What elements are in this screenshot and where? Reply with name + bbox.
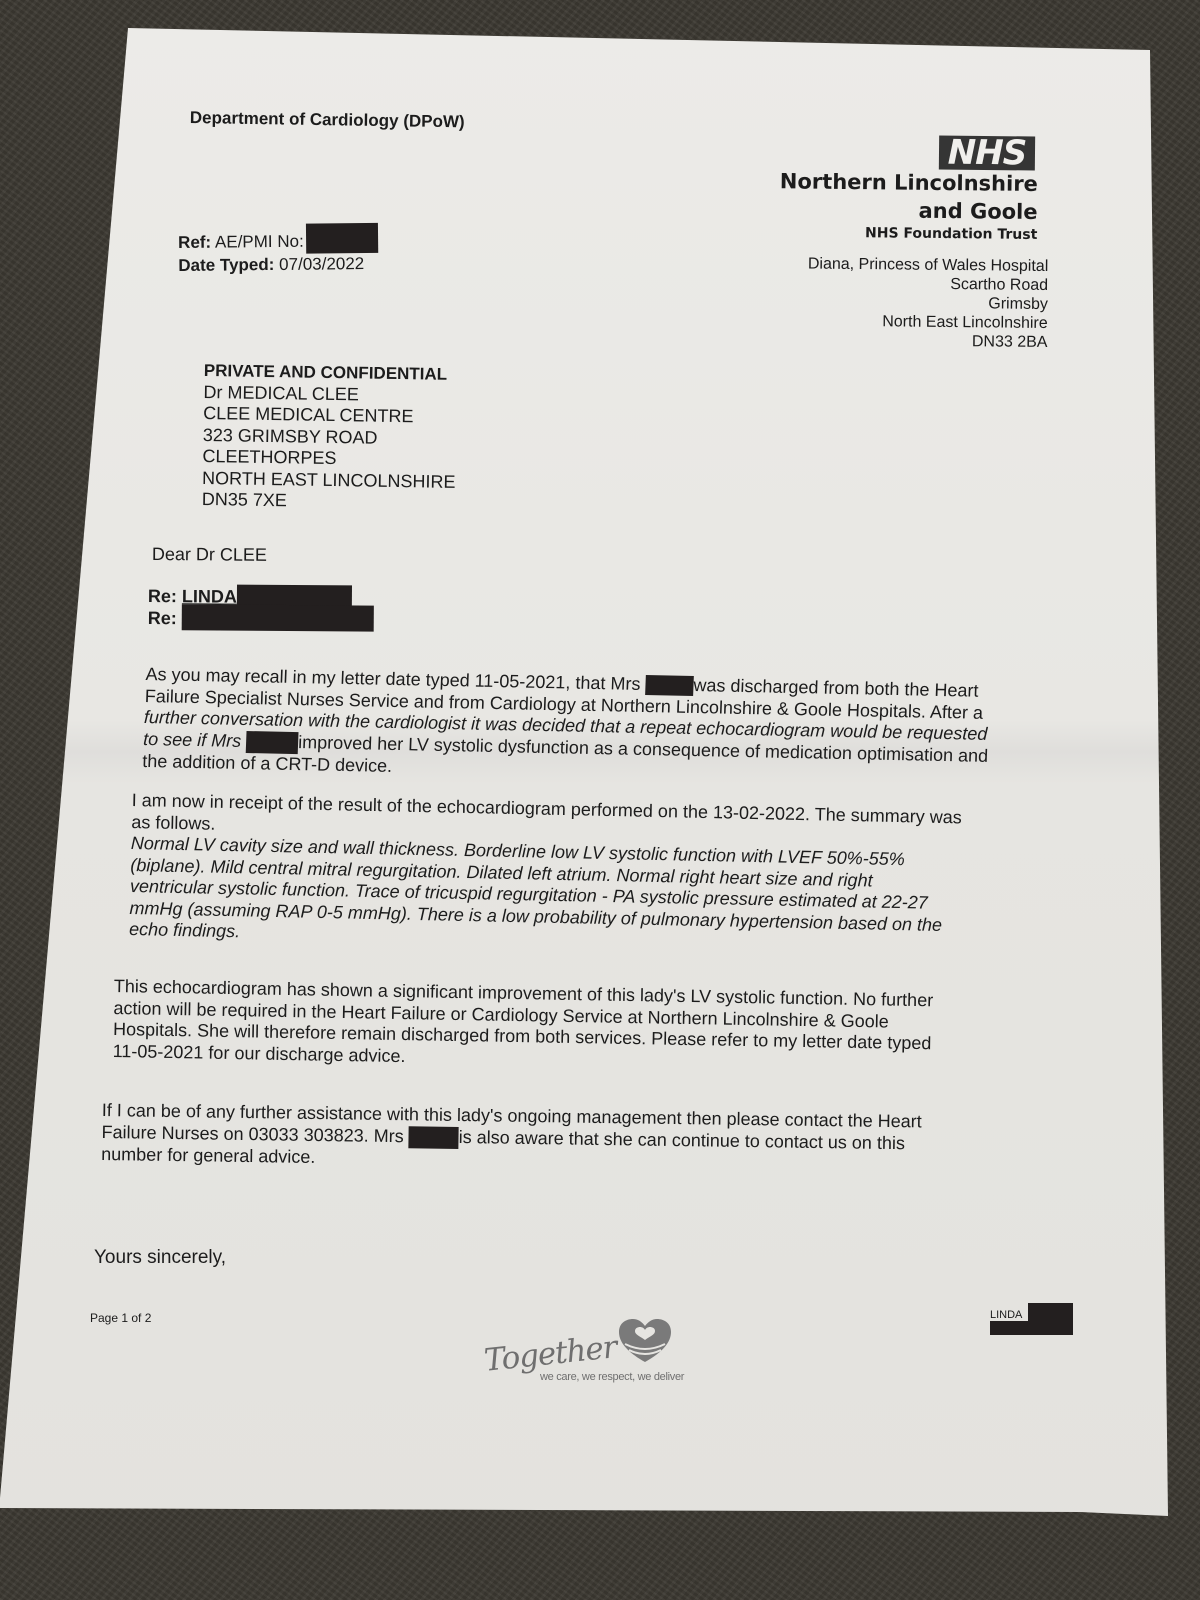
footer-name-text: LINDA bbox=[990, 1309, 1022, 1321]
hospital-address: Diana, Princess of Wales Hospital Scarth… bbox=[807, 254, 1048, 352]
paragraph-2-echo-result: I am now in receipt of the result of the… bbox=[129, 790, 1052, 960]
redaction-patient-name bbox=[645, 675, 694, 696]
trust-subtitle: NHS Foundation Trust bbox=[779, 221, 1037, 246]
trust-name-line1: Northern Lincolnshire bbox=[780, 167, 1038, 199]
closing: Yours sincerely, bbox=[94, 1247, 226, 1269]
paragraph-3: This echocardiogram has shown a signific… bbox=[112, 976, 1043, 1078]
nhs-logo: NHS bbox=[939, 135, 1035, 170]
recipient-address: PRIVATE AND CONFIDENTIAL Dr MEDICAL CLEE… bbox=[202, 360, 458, 514]
address-line: North East Lincolnshire bbox=[807, 311, 1048, 333]
ref-prefix: AE/PMI No: bbox=[215, 232, 304, 252]
footer-patient-name: LINDA bbox=[990, 1309, 1022, 1321]
text-run: Failure Nurses on 03033 303823. Mrs bbox=[101, 1121, 408, 1145]
address-line: Diana, Princess of Wales Hospital bbox=[807, 254, 1048, 276]
text-run: to see if Mrs bbox=[143, 728, 247, 750]
page-number: Page 1 of 2 bbox=[90, 1311, 151, 1325]
together-tagline: we care, we respect, we deliver bbox=[540, 1371, 684, 1383]
address-line: Scartho Road bbox=[807, 273, 1048, 295]
ref-label: Ref: bbox=[178, 233, 211, 252]
re-label-2: Re: bbox=[148, 608, 177, 628]
redaction-patient-id bbox=[182, 604, 374, 631]
department-heading: Department of Cardiology (DPoW) bbox=[190, 108, 465, 132]
redaction-patient-name bbox=[246, 731, 299, 754]
paragraph-4: If I can be of any further assistance wi… bbox=[101, 1100, 1032, 1178]
date-typed: 07/03/2022 bbox=[279, 254, 364, 274]
redaction-footer-line2 bbox=[990, 1321, 1073, 1335]
trust-name: Northern Lincolnshire and Goole NHS Foun… bbox=[779, 167, 1038, 246]
salutation: Dear Dr CLEE bbox=[152, 544, 267, 566]
re-block: Re: LINDA Re: bbox=[148, 585, 374, 632]
re-label: Re: bbox=[148, 586, 177, 606]
reference-block: Ref: AE/PMI No: Date Typed: 07/03/2022 bbox=[178, 230, 378, 276]
redaction-patient-name bbox=[409, 1126, 459, 1149]
address-line: DN33 2BA bbox=[807, 330, 1048, 352]
recipient-line: DN35 7XE bbox=[202, 489, 456, 514]
date-label: Date Typed: bbox=[178, 255, 274, 275]
paragraph-1: As you may recall in my letter date type… bbox=[142, 664, 1046, 790]
redaction-ref-number bbox=[306, 222, 378, 253]
address-line: Grimsby bbox=[807, 292, 1048, 314]
heart-hands-icon bbox=[617, 1318, 673, 1364]
